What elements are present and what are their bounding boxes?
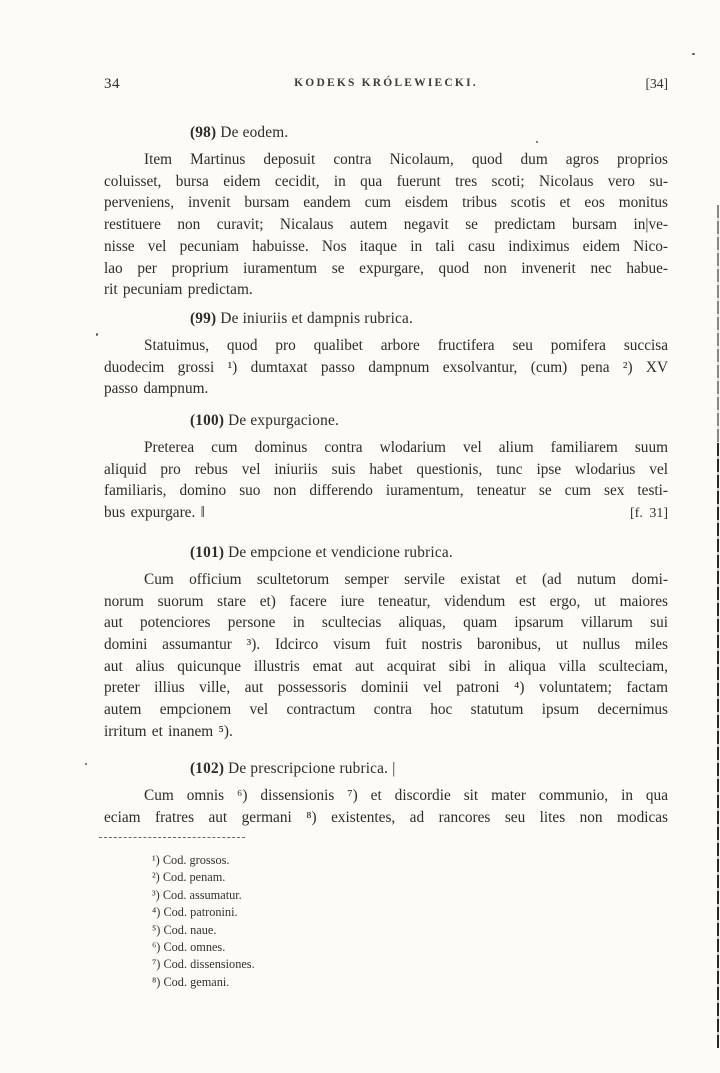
text-line: Item Martinus deposuit contra Nicolaum, … xyxy=(104,149,668,171)
section-98: (98) De eodem. Item Martinus deposuit co… xyxy=(104,122,668,301)
section-number: (98) xyxy=(190,124,216,141)
footnote: ⁸) Cod. gemani. xyxy=(152,974,668,991)
footnote: ⁴) Cod. patronini. xyxy=(152,904,668,921)
scan-speck xyxy=(536,141,538,143)
page-header: 34 KODEKS KRÓLEWIECKI. [34] xyxy=(104,76,668,94)
text-line: norum suorum stare et) facere iure tenea… xyxy=(104,591,668,613)
text-line-left: bus expurgare. ‖ xyxy=(104,502,205,524)
section-99: (99) De iniuriis et dampnis rubrica. Sta… xyxy=(104,308,668,400)
section-title: De empcione et vendicione rubrica. xyxy=(228,544,453,561)
text-line: irritum et inanem ⁵). xyxy=(104,721,668,743)
section-number: (101) xyxy=(190,544,224,561)
section-heading: (100) De expurgacione. xyxy=(190,410,668,432)
paragraph: Statuimus, quod pro qualibet arbore fruc… xyxy=(104,335,668,400)
section-heading: (101) De empcione et vendicione rubrica. xyxy=(190,542,668,564)
text-block: 34 KODEKS KRÓLEWIECKI. [34] (98) De eode… xyxy=(104,0,668,991)
paragraph: Item Martinus deposuit contra Nicolaum, … xyxy=(104,149,668,301)
text-line: passo dampnum. xyxy=(104,378,668,400)
text-line: perveniens, invenit bursam eandem cum ei… xyxy=(104,192,668,214)
scanned-book-page: 34 KODEKS KRÓLEWIECKI. [34] (98) De eode… xyxy=(0,0,720,1073)
running-title: KODEKS KRÓLEWIECKI. xyxy=(104,77,668,89)
section-101: (101) De empcione et vendicione rubrica.… xyxy=(104,542,668,743)
footnotes: ¹) Cod. grossos. ²) Cod. penam. ³) Cod. … xyxy=(152,852,668,991)
text-line: eciam fratres aut germani ⁸) existentes,… xyxy=(104,807,668,829)
section-102: (102) De prescripcione rubrica. | Cum om… xyxy=(104,758,668,828)
scan-speck xyxy=(85,763,87,765)
text-line: restituere non curavit; Nicalaus autem n… xyxy=(104,214,668,236)
text-line: aut alius quicunque illustris emat aut a… xyxy=(104,656,668,678)
section-number: (102) xyxy=(190,760,224,777)
text-line: Preterea cum dominus contra wlodarium ve… xyxy=(104,437,668,459)
footnote-separator xyxy=(99,837,245,838)
section-heading: (98) De eodem. xyxy=(190,122,668,144)
text-line: autem empcionem vel contractum contra ho… xyxy=(104,699,668,721)
text-line: nisse vel pecuniam habuisse. Nos itaque … xyxy=(104,236,668,258)
text-line: rit pecuniam predictam. xyxy=(104,279,668,301)
section-100: (100) De expurgacione. Preterea cum domi… xyxy=(104,410,668,525)
paragraph: Cum omnis ⁶) dissensionis ⁷) et discordi… xyxy=(104,785,668,828)
footnote: ¹) Cod. grossos. xyxy=(152,852,668,869)
text-line: coluisset, bursa eidem cecidit, in qua f… xyxy=(104,171,668,193)
text-line: lao per proprium iuramentum se expurgare… xyxy=(104,258,668,280)
section-number: (100) xyxy=(190,412,224,429)
footnote: ⁷) Cod. dissensiones. xyxy=(152,956,668,973)
scan-speck xyxy=(96,333,98,336)
text-line: aliquid pro rebus vel iniuriis suis habe… xyxy=(104,459,668,481)
section-title: De expurgacione. xyxy=(228,412,339,429)
scan-speck xyxy=(692,53,695,55)
footnote: ⁶) Cod. omnes. xyxy=(152,939,668,956)
paragraph: Preterea cum dominus contra wlodarium ve… xyxy=(104,437,668,525)
text-line: bus expurgare. ‖ [f. 31] xyxy=(104,502,668,525)
scan-edge-artifact xyxy=(717,205,719,443)
text-line: Statuimus, quod pro qualibet arbore fruc… xyxy=(104,335,668,357)
text-line: Cum officium scultetorum semper servile … xyxy=(104,569,668,591)
text-line: domini assumantur ³). Idcirco visum fuit… xyxy=(104,634,668,656)
footnote: ³) Cod. assumatur. xyxy=(152,887,668,904)
folio-marker: [f. 31] xyxy=(630,503,668,525)
section-heading: (99) De iniuriis et dampnis rubrica. xyxy=(190,308,668,330)
text-line: Cum omnis ⁶) dissensionis ⁷) et discordi… xyxy=(104,785,668,807)
scan-edge-artifact xyxy=(717,443,719,1048)
section-title: De eodem. xyxy=(220,124,288,141)
text-line: duodecim grossi ¹) dumtaxat passo dampnu… xyxy=(104,357,668,379)
text-line: preter illius ville, aut possessoris dom… xyxy=(104,677,668,699)
text-line: aut potenciores persone in scultecias al… xyxy=(104,612,668,634)
paragraph: Cum officium scultetorum semper servile … xyxy=(104,569,668,743)
footnote: ²) Cod. penam. xyxy=(152,869,668,886)
footnote: ⁵) Cod. naue. xyxy=(152,922,668,939)
section-heading: (102) De prescripcione rubrica. | xyxy=(190,758,668,780)
section-title: De prescripcione rubrica. | xyxy=(228,760,395,777)
text-line: familiaris, domino suo non differendo iu… xyxy=(104,480,668,502)
section-title: De iniuriis et dampnis rubrica. xyxy=(220,310,413,327)
section-number: (99) xyxy=(190,310,216,327)
